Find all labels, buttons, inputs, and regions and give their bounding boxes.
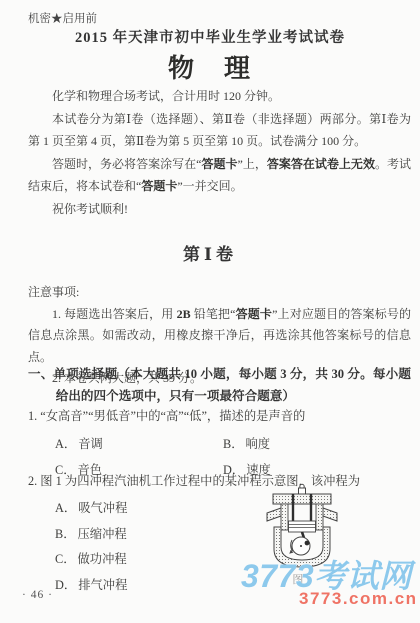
question-1-stem: 1. “女高音”“男低音”中的“高”“低”，描述的是声音的 (28, 406, 411, 426)
subject-title: 物 理 (0, 48, 420, 85)
option-c: C．做功冲程 (55, 549, 185, 575)
intro-section: 化学和物理合场考试，合计用时 120 分钟。 本试卷分为第Ⅰ卷（选择题）、第Ⅱ卷… (28, 85, 411, 220)
mcq-section-heading: 一、单项选择题（本大题共 10 小题，每小题 3 分，共 30 分。每小题给出的… (28, 364, 411, 407)
emphasis-text: 答题卡 (201, 157, 237, 171)
four-stroke-engine-diagram (266, 483, 338, 571)
option-a: A．音调 (55, 434, 223, 454)
figure-1-caption: 图 1 (265, 571, 339, 587)
question-2: 2. 图 1 为四冲程汽油机工作过程中的某冲程示意图，该冲程为 A．吸气冲程 B… (28, 471, 398, 600)
option-d: D．排气冲程 (55, 575, 185, 601)
answer-note: 答题时，务必将答案涂写在“答题卡”上，答案答在试卷上无效。考试结束后，将本试卷和… (28, 153, 411, 198)
emphasis-text: 答题卡 (236, 307, 273, 321)
security-marking: 机密★启用前 (28, 10, 97, 26)
option-b: B．压缩冲程 (55, 524, 185, 550)
exam-title: 2015 年天津市初中毕业生学业考试试卷 (0, 26, 420, 47)
good-luck-note: 祝你考试顺利! (28, 198, 411, 221)
emphasis-text: 2B (177, 307, 191, 321)
question-1: 1. “女高音”“男低音”中的“高”“低”，描述的是声音的 A．音调 B．响度 … (28, 406, 411, 480)
page-number: · 46 · (22, 589, 53, 601)
question-2-options: A．吸气冲程 B．压缩冲程 C．做功冲程 D．排气冲程 (55, 498, 185, 600)
figure-1: 图 1 (265, 483, 339, 587)
structure-note: 本试卷分为第Ⅰ卷（选择题）、第Ⅱ卷（非选择题）两部分。第Ⅰ卷为第 1 页至第 4… (28, 108, 411, 153)
notes-heading: 注意事项: (28, 282, 411, 304)
duration-note: 化学和物理合场考试，合计用时 120 分钟。 (28, 85, 411, 108)
question-2-stem: 2. 图 1 为四冲程汽油机工作过程中的某冲程示意图，该冲程为 (28, 471, 398, 491)
note-1: 1. 每题选出答案后，用 2B 铅笔把“答题卡”上对应题目的答案标号的信息点涂黑… (28, 304, 411, 369)
option-a: A．吸气冲程 (55, 498, 185, 524)
emphasis-text: 答案答在试卷上无效 (267, 157, 375, 171)
option-b: B．响度 (223, 434, 411, 454)
part1-title: 第Ⅰ卷 (0, 240, 420, 265)
emphasis-text: 答题卡 (141, 179, 177, 193)
exam-paper-page: 机密★启用前 2015 年天津市初中毕业生学业考试试卷 物 理 化学和物理合场考… (0, 0, 420, 623)
